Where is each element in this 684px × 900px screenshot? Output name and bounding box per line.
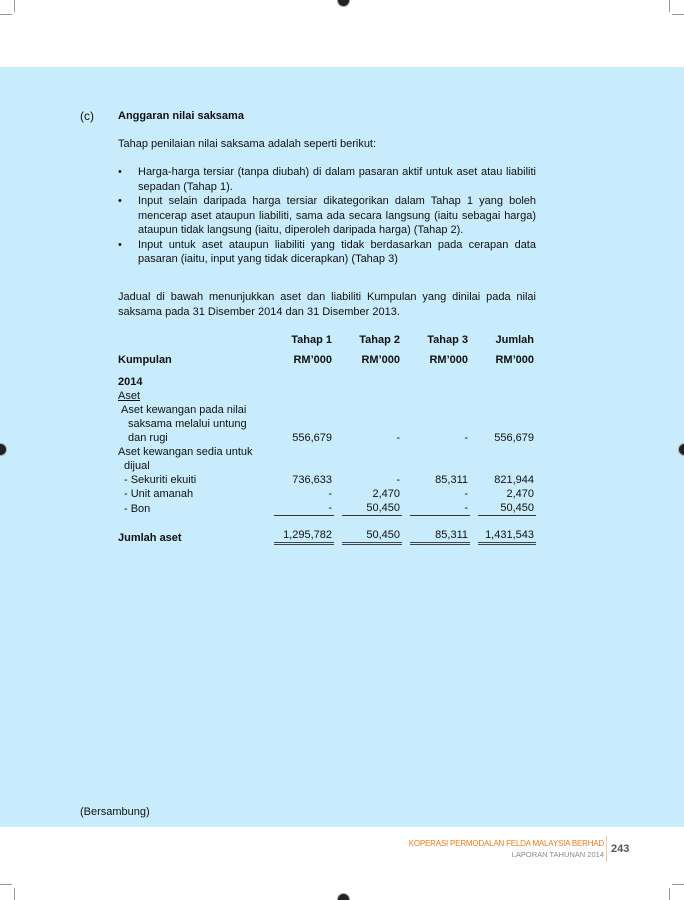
crop-mark bbox=[14, 0, 15, 12]
row-label: saksama melalui untung bbox=[118, 417, 274, 431]
crop-mark bbox=[672, 14, 684, 15]
intro-text: Tahap penilaian nilai saksama adalah sep… bbox=[118, 138, 376, 150]
total-value: 85,311 bbox=[410, 516, 470, 545]
bullet-icon: • bbox=[118, 238, 122, 253]
unit-label: RM’000 bbox=[478, 347, 536, 367]
total-value: 50,450 bbox=[342, 516, 402, 545]
header-row-units: Kumpulan RM’000 RM’000 RM’000 RM’000 bbox=[118, 347, 536, 367]
footer-divider bbox=[606, 836, 607, 862]
year-row: 2014 bbox=[118, 367, 536, 389]
cell-value: 556,679 bbox=[274, 431, 334, 445]
total-label: Jumlah aset bbox=[118, 516, 274, 545]
total-value: 1,431,543 bbox=[478, 516, 536, 545]
page-number: 243 bbox=[611, 843, 629, 855]
footer-organization: KOPERASI PERMODALAN FELDA MALAYSIA BERHA… bbox=[409, 839, 604, 848]
continued-note: (Bersambung) bbox=[80, 806, 150, 818]
cell-value: 821,944 bbox=[478, 473, 536, 487]
bullet-item: • Input selain daripada harga tersiar di… bbox=[118, 194, 536, 238]
col-header-tahap-1: Tahap 1 bbox=[274, 333, 334, 347]
cell-value: - bbox=[410, 431, 470, 445]
row-label: Aset kewangan pada nilai bbox=[118, 403, 274, 417]
row-label: - Bon bbox=[118, 501, 274, 516]
cell-value: 50,450 bbox=[342, 501, 402, 516]
cell-value: - bbox=[410, 501, 470, 516]
footer-report-title: LAPORAN TAHUNAN 2014 bbox=[512, 850, 604, 859]
cell-value: 2,470 bbox=[342, 487, 402, 501]
unit-label: RM’000 bbox=[274, 347, 334, 367]
row-label: - Unit amanah bbox=[118, 487, 274, 501]
cell-value: 736,633 bbox=[274, 473, 334, 487]
table-row: - Bon - 50,450 - 50,450 bbox=[118, 501, 536, 516]
cell-value: 556,679 bbox=[478, 431, 536, 445]
table-row: - Sekuriti ekuiti 736,633 - 85,311 821,9… bbox=[118, 473, 536, 487]
year-label: 2014 bbox=[118, 367, 274, 389]
total-value: 1,295,782 bbox=[274, 516, 334, 545]
row-label: dan rugi bbox=[118, 431, 274, 445]
unit-label: RM’000 bbox=[342, 347, 402, 367]
bullet-icon: • bbox=[118, 165, 122, 180]
col-header-jumlah: Jumlah bbox=[478, 333, 536, 347]
cell-value: - bbox=[342, 473, 402, 487]
table-row: - Unit amanah - 2,470 - 2,470 bbox=[118, 487, 536, 501]
table-row-fvtpl: dan rugi 556,679 - - 556,679 bbox=[118, 431, 536, 445]
group-label-aset: Aset bbox=[118, 390, 140, 402]
col-header-tahap-3: Tahap 3 bbox=[410, 333, 470, 347]
fvtpl-label-row: saksama melalui untung bbox=[118, 417, 536, 431]
cell-value: 50,450 bbox=[478, 501, 536, 516]
bullet-item: • Input untuk aset ataupun liabiliti yan… bbox=[118, 238, 536, 267]
registration-mark-top bbox=[337, 0, 350, 7]
row-header-kumpulan: Kumpulan bbox=[118, 347, 274, 367]
cell-value: - bbox=[274, 501, 334, 516]
crop-mark bbox=[669, 888, 670, 900]
registration-mark-right bbox=[678, 443, 684, 456]
afs-label-row: dijual bbox=[118, 459, 536, 473]
bullet-item: • Harga-harga tersiar (tanpa diubah) di … bbox=[118, 165, 536, 194]
row-label: Aset kewangan sedia untuk bbox=[118, 445, 274, 459]
crop-mark bbox=[14, 888, 15, 900]
cell-value: - bbox=[410, 487, 470, 501]
fair-value-table: Tahap 1 Tahap 2 Tahap 3 Jumlah Kumpulan … bbox=[118, 333, 536, 545]
crop-mark bbox=[669, 0, 670, 12]
fvtpl-label-row: Aset kewangan pada nilai bbox=[118, 403, 536, 417]
header-row-levels: Tahap 1 Tahap 2 Tahap 3 Jumlah bbox=[118, 333, 536, 347]
bullet-icon: • bbox=[118, 194, 122, 209]
afs-label-row: Aset kewangan sedia untuk bbox=[118, 445, 536, 459]
section-letter: (c) bbox=[80, 109, 94, 123]
cell-value: - bbox=[342, 431, 402, 445]
col-header-tahap-2: Tahap 2 bbox=[342, 333, 402, 347]
cell-value: - bbox=[274, 487, 334, 501]
row-label: - Sekuriti ekuiti bbox=[118, 473, 274, 487]
group-row: Aset bbox=[118, 389, 536, 403]
cell-value: 2,470 bbox=[478, 487, 536, 501]
table-description: Jadual di bawah menunjukkan aset dan lia… bbox=[118, 290, 536, 319]
cell-value: 85,311 bbox=[410, 473, 470, 487]
crop-mark bbox=[0, 884, 12, 885]
bullet-list: • Harga-harga tersiar (tanpa diubah) di … bbox=[118, 165, 536, 267]
unit-label: RM’000 bbox=[410, 347, 470, 367]
section-title: Anggaran nilai saksama bbox=[118, 110, 244, 122]
row-label: dijual bbox=[118, 459, 274, 473]
crop-mark bbox=[0, 14, 12, 15]
registration-mark-bottom bbox=[337, 893, 350, 900]
crop-mark bbox=[672, 884, 684, 885]
total-row: Jumlah aset 1,295,782 50,450 85,311 1,43… bbox=[118, 516, 536, 545]
